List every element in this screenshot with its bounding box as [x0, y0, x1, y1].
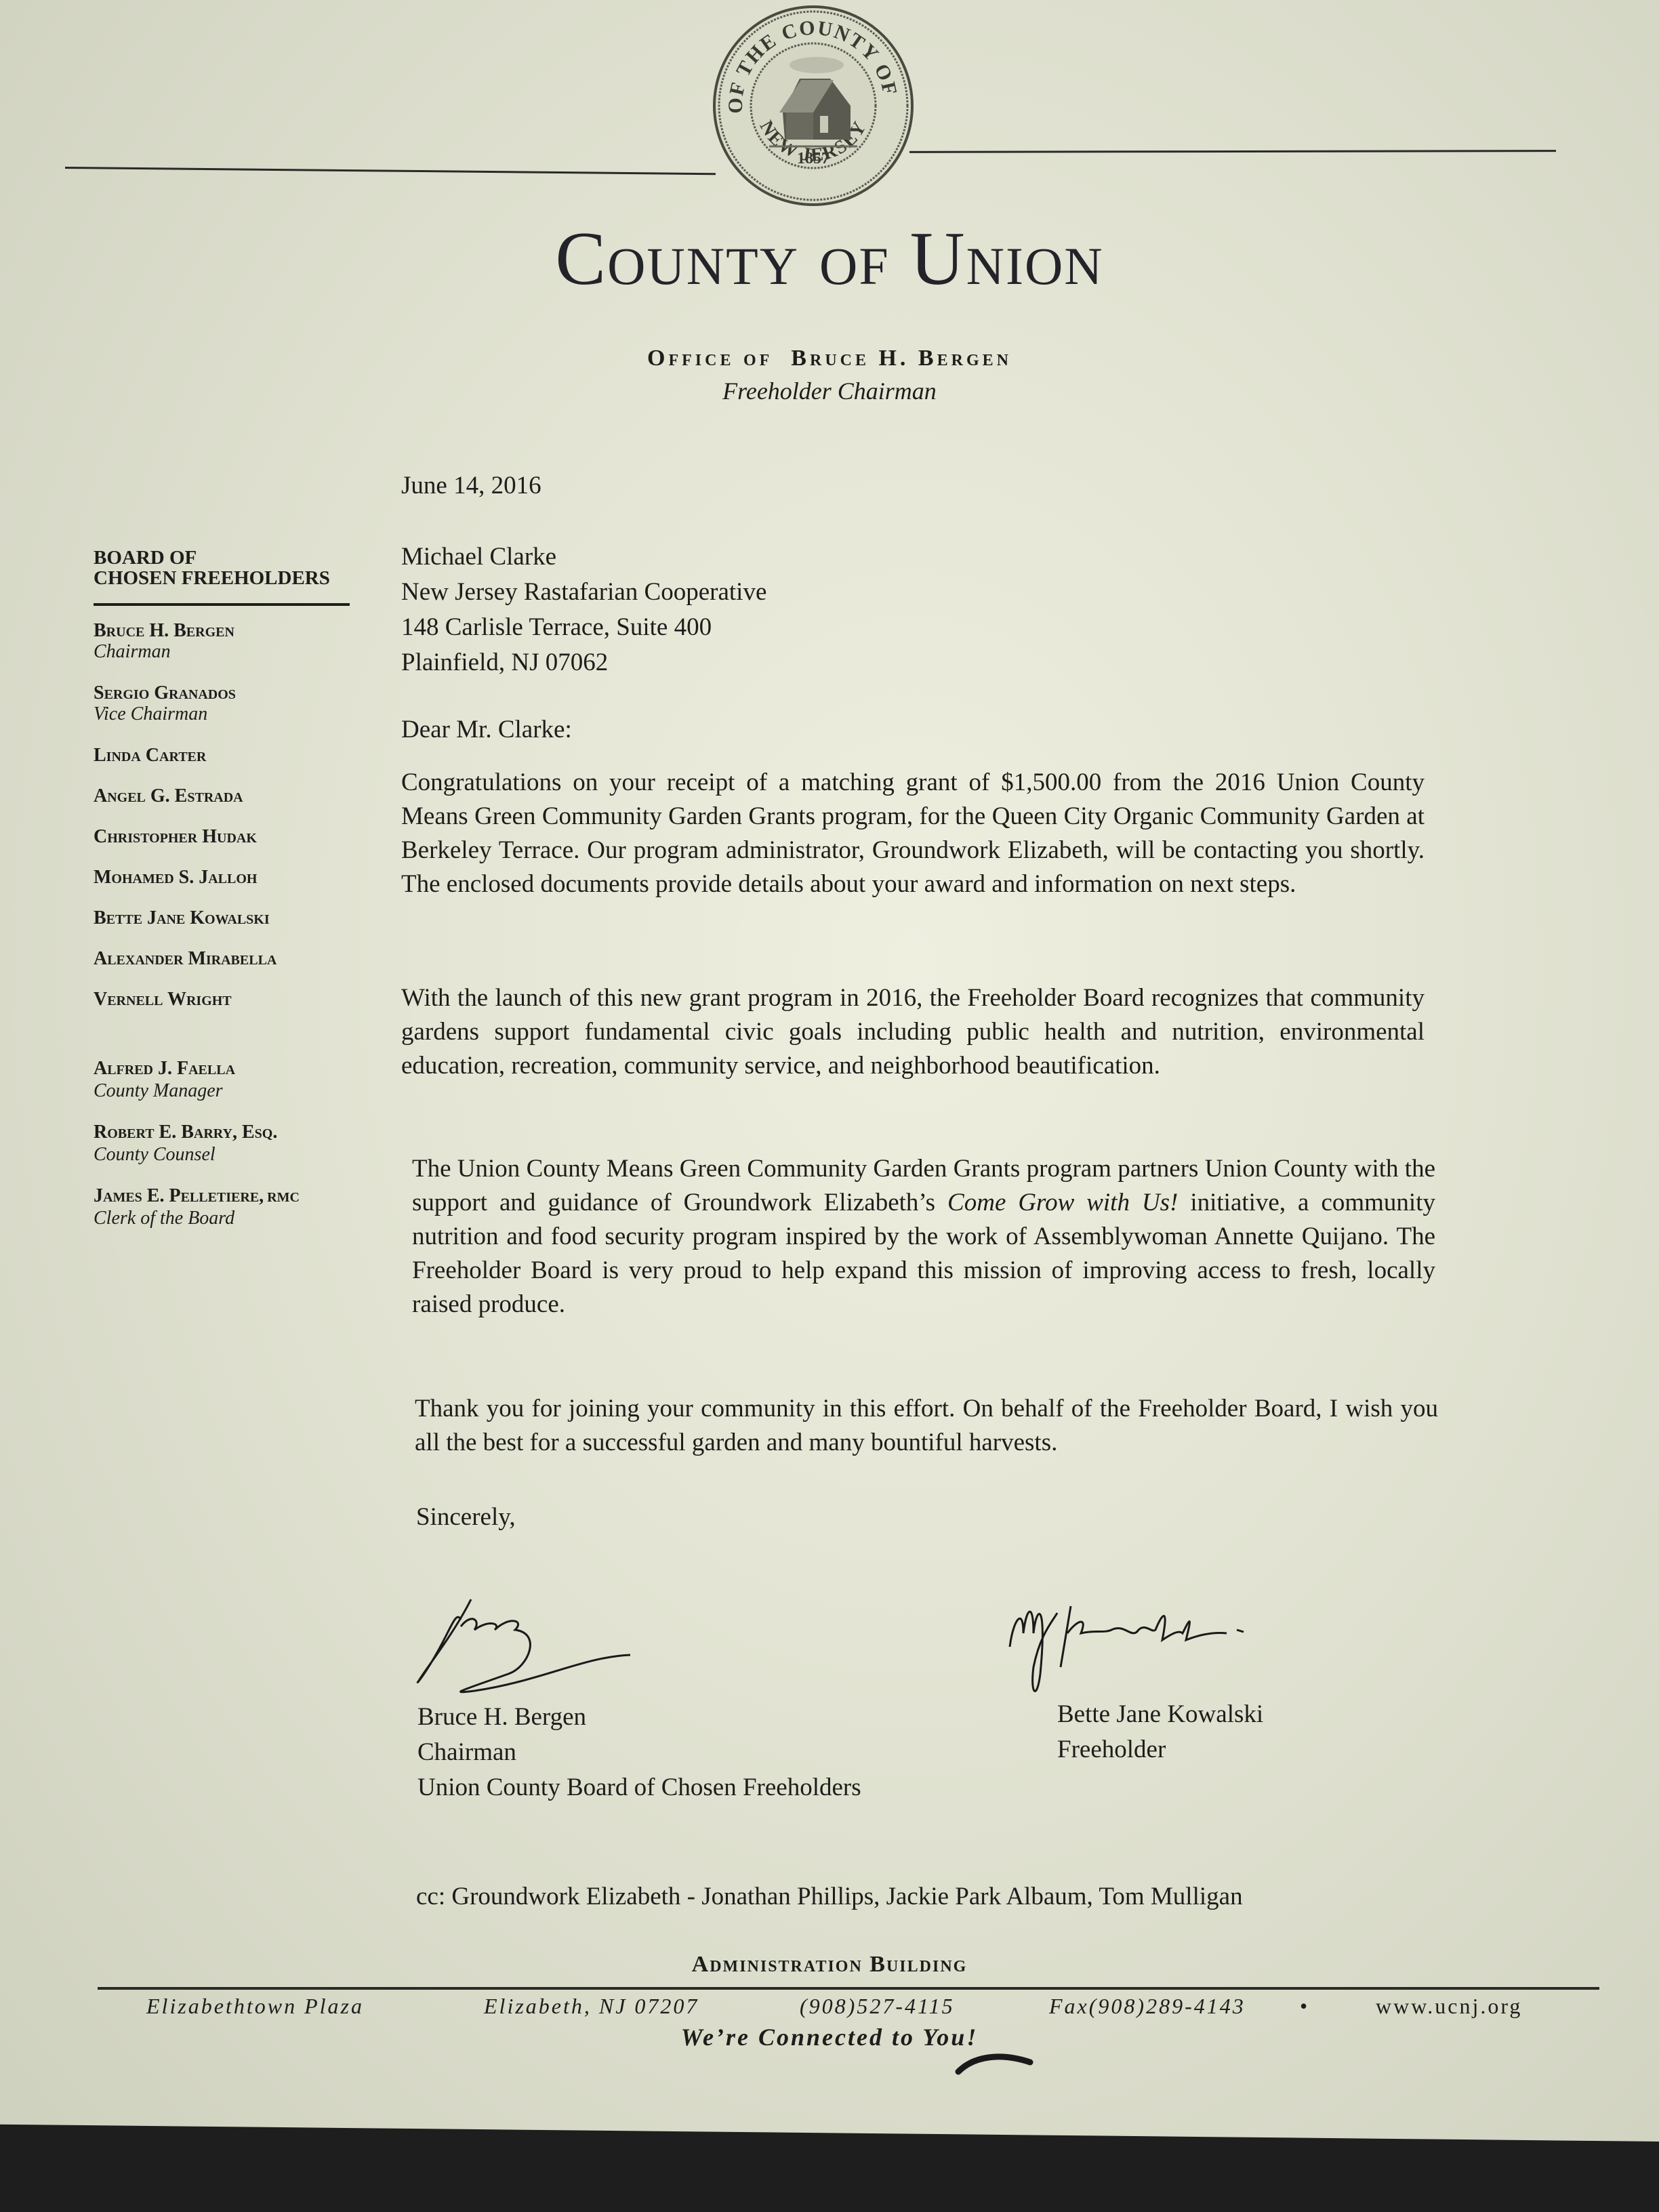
office-subtitle: Freeholder Chairman [0, 377, 1659, 405]
freeholder-entry: Mohamed S. Jalloh [94, 867, 351, 888]
letter-date: June 14, 2016 [401, 469, 1425, 503]
footer-rule [98, 1987, 1599, 1990]
board-heading: BOARD OF CHOSEN FREEHOLDERS [94, 548, 351, 588]
paragraph-1: Congratulations on your receipt of a mat… [401, 766, 1425, 901]
closing: Sincerely, [416, 1500, 1439, 1534]
paragraph-3: The Union County Means Green Community G… [412, 1152, 1435, 1322]
freeholder-entry: Linda Carter [94, 745, 351, 766]
footer-website: www.ucnj.org [1376, 1994, 1522, 2019]
cc-line: cc: Groundwork Elizabeth - Jonathan Phil… [416, 1880, 1439, 1914]
official-entry: James E. Pelletiere, RMCClerk of the Boa… [94, 1186, 351, 1229]
freeholder-entry: Bette Jane Kowalski [94, 908, 351, 928]
recipient-address: Michael Clarke New Jersey Rastafarian Co… [401, 539, 1425, 680]
svg-text:1857: 1857 [797, 150, 829, 167]
signatory-bergen: Bruce H. Bergen Chairman Union County Bo… [417, 1700, 960, 1805]
recipient-name: Michael Clarke [401, 539, 1425, 575]
freeholder-entry: Sergio GranadosVice Chairman [94, 683, 351, 725]
footer-tagline: We’re Connected to You! [0, 2023, 1659, 2051]
footer-bullet: • [1300, 1994, 1309, 2019]
county-seal-icon: SEAL OF THE COUNTY OF UNION NEW JERSEY 1… [712, 4, 915, 207]
freeholder-list: Bruce H. BergenChairmanSergio GranadosVi… [94, 621, 351, 1010]
initiative-name: Come Grow with Us! [947, 1189, 1178, 1216]
office-line: Office of Bruce H. Bergen [0, 346, 1659, 371]
footer-phone: (908)527-4115 [800, 1994, 955, 2019]
footer-fax: Fax(908)289-4143 [1049, 1994, 1246, 2019]
freeholder-entry: Alexander Mirabella [94, 949, 351, 969]
signature-bergen-icon [407, 1593, 773, 1701]
freeholder-entry: Vernell Wright [94, 989, 351, 1010]
freeholder-entry: Bruce H. BergenChairman [94, 621, 351, 663]
recipient-street: 148 Carlisle Terrace, Suite 400 [401, 610, 1425, 645]
freeholder-entry: Angel G. Estrada [94, 786, 351, 806]
official-entry: Alfred J. FaellaCounty Manager [94, 1059, 351, 1102]
header-rule-left [65, 167, 716, 175]
official-entry: Robert E. Barry, Esq.County Counsel [94, 1122, 351, 1166]
header-rule-right [909, 150, 1556, 153]
recipient-city: Plainfield, NJ 07062 [401, 645, 1425, 680]
paragraph-2: With the launch of this new grant progra… [401, 981, 1425, 1083]
paragraph-4: Thank you for joining your community in … [415, 1392, 1438, 1460]
footer-city: Elizabeth, NJ 07207 [484, 1994, 699, 2019]
signature-kowalski-icon [1003, 1593, 1382, 1701]
sidebar-divider [94, 603, 350, 606]
footer-address: Elizabethtown Plaza [146, 1994, 364, 2019]
freeholder-entry: Christopher Hudak [94, 827, 351, 847]
letter-page: SEAL OF THE COUNTY OF UNION NEW JERSEY 1… [0, 0, 1659, 2142]
footer-heading: Administration Building [0, 1952, 1659, 1978]
pen-mark-icon [954, 2050, 1036, 2077]
recipient-organization: New Jersey Rastafarian Cooperative [401, 575, 1425, 610]
salutation: Dear Mr. Clarke: [401, 713, 1425, 747]
board-sidebar: BOARD OF CHOSEN FREEHOLDERS Bruce H. Ber… [94, 548, 351, 1250]
official-list: Alfred J. FaellaCounty ManagerRobert E. … [94, 1059, 351, 1229]
signatory-kowalski: Bette Jane Kowalski Freeholder [1057, 1697, 1464, 1767]
county-title: County of Union [0, 216, 1659, 303]
